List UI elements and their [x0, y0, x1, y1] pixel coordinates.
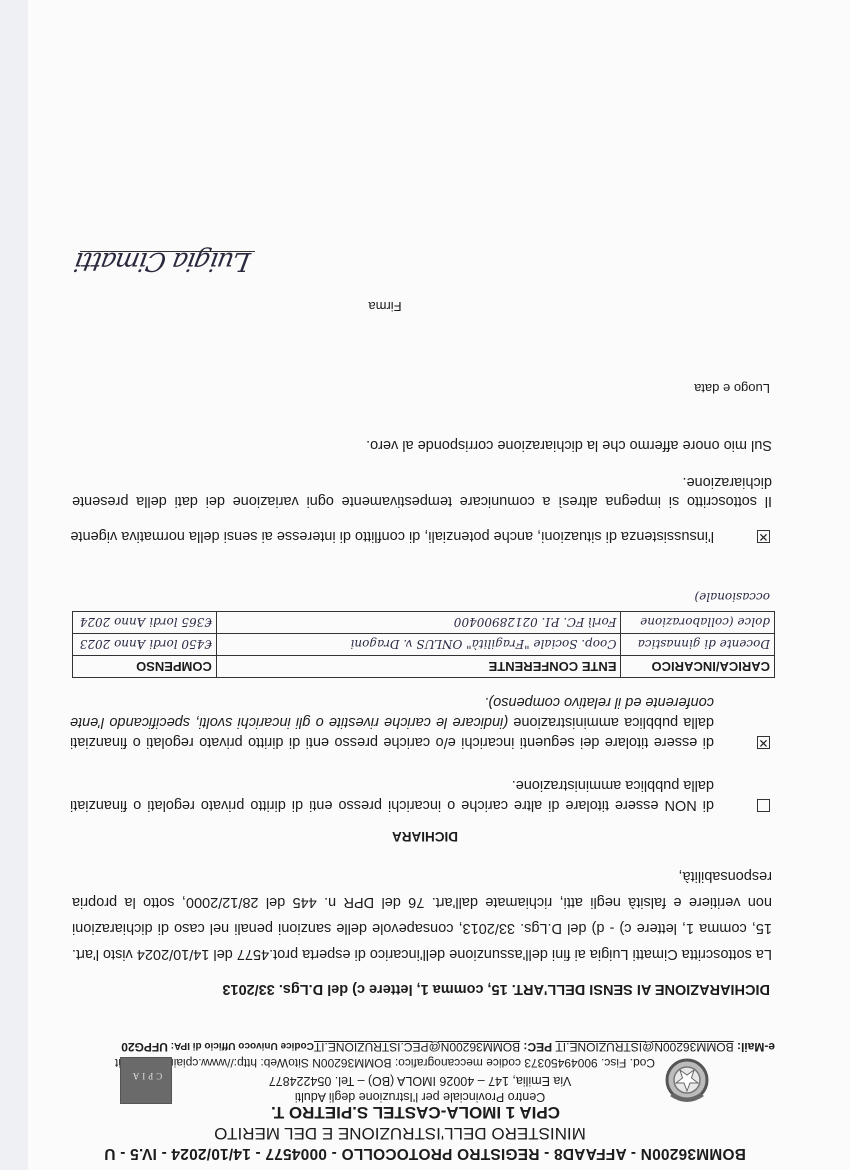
handwritten-cell: €365 lordi Anno 2024: [73, 612, 217, 634]
unchecked-checkbox-icon[interactable]: [757, 799, 770, 812]
handwritten-note: occasionale): [694, 590, 770, 604]
email-link[interactable]: BOMM36200N@ISTRUZIONE.IT: [555, 1040, 733, 1054]
scan-margin: [0, 0, 28, 1170]
checked-checkbox-icon[interactable]: ✕: [757, 530, 770, 543]
dichiara-heading: DICHIARA: [0, 829, 850, 844]
protocol-stamp: BOMM36200N - AFFAAD8 - REGISTRO PROTOCOL…: [0, 1144, 850, 1162]
place-date-label: Luogo e data: [694, 381, 770, 396]
option-no-other-roles: di NON essere titolare di altre cariche …: [70, 775, 770, 815]
option-no-conflict: ✕ l'insussistenza di situazioni, anche p…: [70, 526, 770, 546]
pec-link[interactable]: BOMM36200N@PEC.ISTRUZIONE.IT: [314, 1040, 520, 1054]
contact-line: e-Mail: BOMM36200N@ISTRUZIONE.IT PEC: BO…: [55, 1040, 775, 1054]
column-header: COMPENSO: [73, 656, 217, 678]
signature-label: Firma: [0, 299, 810, 314]
honor-statement: Sul mio onore affermo che la dichiarazio…: [72, 432, 772, 458]
column-header: CARICA/INCARICO: [621, 656, 775, 678]
table-row: dolce (collaborazione Forlì FC. P.I. 021…: [73, 612, 775, 634]
handwritten-cell: dolce (collaborazione: [621, 612, 775, 634]
handwritten-cell: Forlì FC. P.I. 02128900400: [216, 612, 621, 634]
handwritten-cell: Docente di ginnastica: [621, 634, 775, 656]
commitment-text: Il sottoscritto si impegna altresì a com…: [72, 472, 772, 510]
cpia-logo: CPIA: [120, 1057, 172, 1104]
roles-table: CARICA/INCARICO ENTE CONFERENTE COMPENSO…: [72, 611, 775, 678]
table-header-row: CARICA/INCARICO ENTE CONFERENTE COMPENSO: [73, 656, 775, 678]
ipa-code: UFPG20: [121, 1040, 168, 1054]
column-header: ENTE CONFERENTE: [216, 656, 621, 678]
signature-line: [80, 251, 255, 252]
option-has-roles: ✕ di essere titolare dei seguenti incari…: [70, 692, 770, 752]
checked-checkbox-icon[interactable]: ✕: [757, 736, 770, 749]
table-row: Docente di ginnastica Coop. Sociale "Fra…: [73, 634, 775, 656]
handwritten-cell: Coop. Sociale "Fragilità" ONLUS v. Drago…: [216, 634, 621, 656]
handwritten-cell: €450 lordi Anno 2023: [73, 634, 217, 656]
letterhead: MINISTERO DELL'ISTRUZIONE E DEL MERITO C…: [60, 1102, 780, 1142]
declaration-title: DICHIARAZIONE AI SENSI DELL'ART. 15, com…: [222, 981, 770, 997]
declaration-intro: La sottoscritta Cimatti Luigia ai fini d…: [72, 863, 772, 967]
scanned-document-page: BOMM36200N - AFFAAD8 - REGISTRO PROTOCOL…: [0, 0, 850, 1170]
